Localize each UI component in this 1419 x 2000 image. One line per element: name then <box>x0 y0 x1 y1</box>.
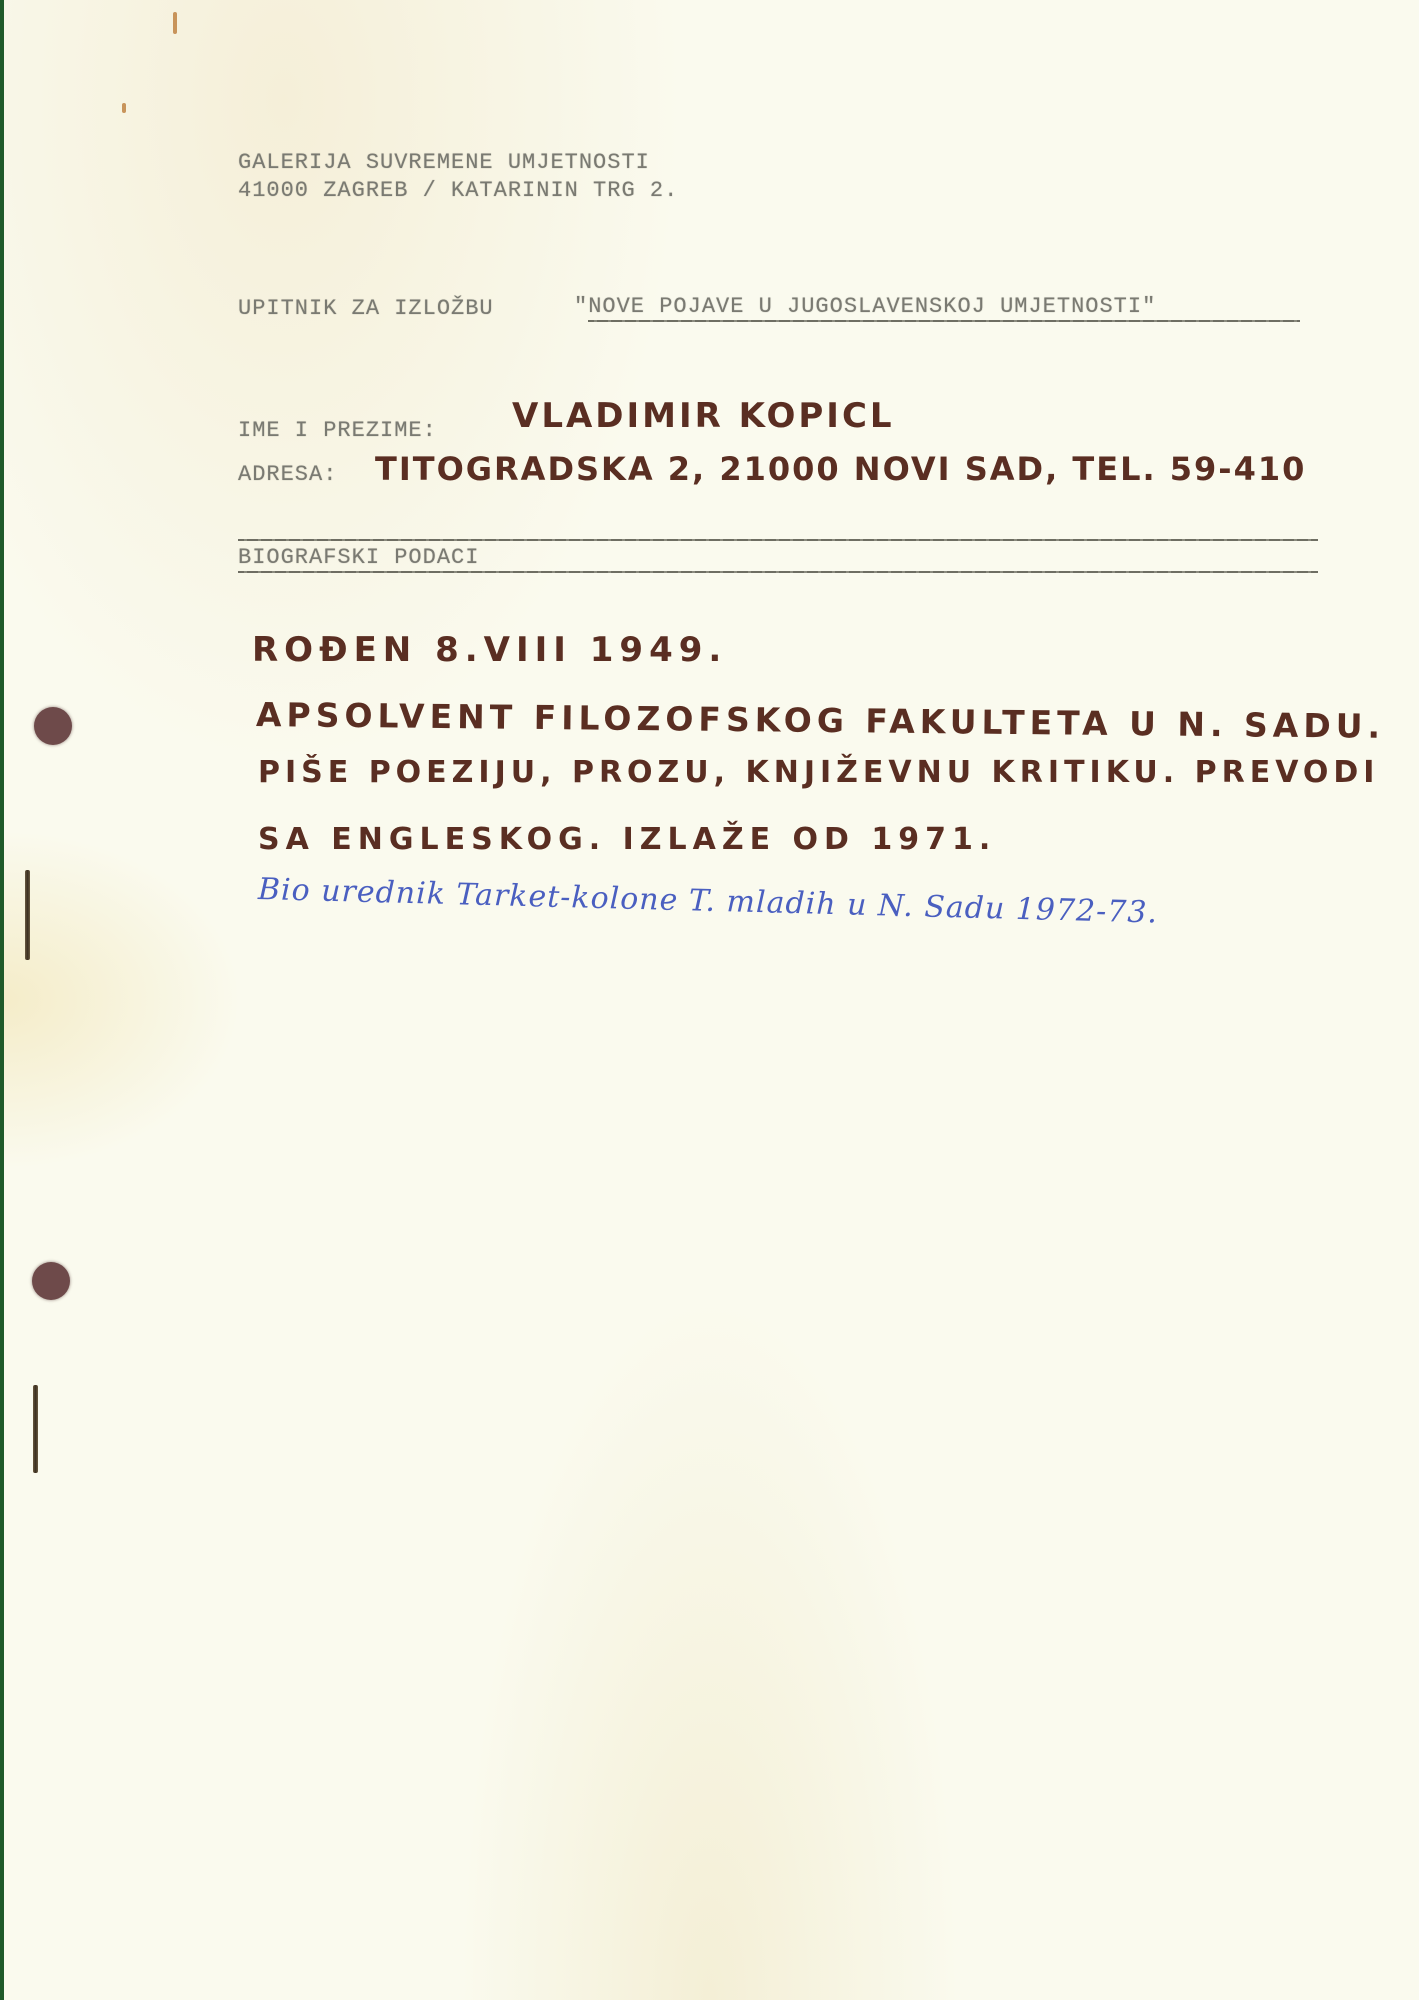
punch-hole-top <box>34 707 72 745</box>
section-rule-top <box>238 539 1318 541</box>
rust-stain <box>122 103 126 113</box>
address-label: ADRESA: <box>238 462 337 487</box>
section-rule-bottom <box>238 571 1318 573</box>
questionnaire-prefix: UPITNIK ZA IZLOŽBU <box>238 296 494 321</box>
punch-hole-bottom <box>32 1262 70 1300</box>
biography-line: Piše poeziju, prozu, književnu kritiku. … <box>258 755 1379 790</box>
biography-section-label: BIOGRAFSKI PODACI <box>238 545 479 570</box>
staple-mark-bottom <box>33 1385 38 1473</box>
name-value: Vladimir Kopicl <box>512 396 895 436</box>
exhibition-title: "NOVE POJAVE U JUGOSLAVENSKOJ UMJETNOSTI… <box>574 294 1156 319</box>
biography-line: sa engleskog. Izlaže od 1971. <box>258 822 996 857</box>
biography-line: Apsolvent Filozofskog fakulteta u N. Sad… <box>256 695 1385 746</box>
address-value: Titogradska 2, 21000 Novi Sad, tel. 59-4… <box>375 450 1306 488</box>
institution-name: GALERIJA SUVREMENE UMJETNOSTI <box>238 150 650 175</box>
biography-line: Rođen 8.VIII 1949. <box>252 630 727 670</box>
biography-annotation: Bio urednik Tarket-kolone T. mladih u N.… <box>258 872 1159 931</box>
name-label: IME I PREZIME: <box>238 418 437 443</box>
institution-address: 41000 ZAGREB / KATARININ TRG 2. <box>238 178 678 203</box>
staple-mark-top <box>25 870 30 960</box>
rust-stain <box>173 12 177 34</box>
scanned-page: GALERIJA SUVREMENE UMJETNOSTI 41000 ZAGR… <box>0 0 1419 2000</box>
scan-edge <box>0 0 4 2000</box>
exhibition-title-underline <box>588 320 1300 322</box>
